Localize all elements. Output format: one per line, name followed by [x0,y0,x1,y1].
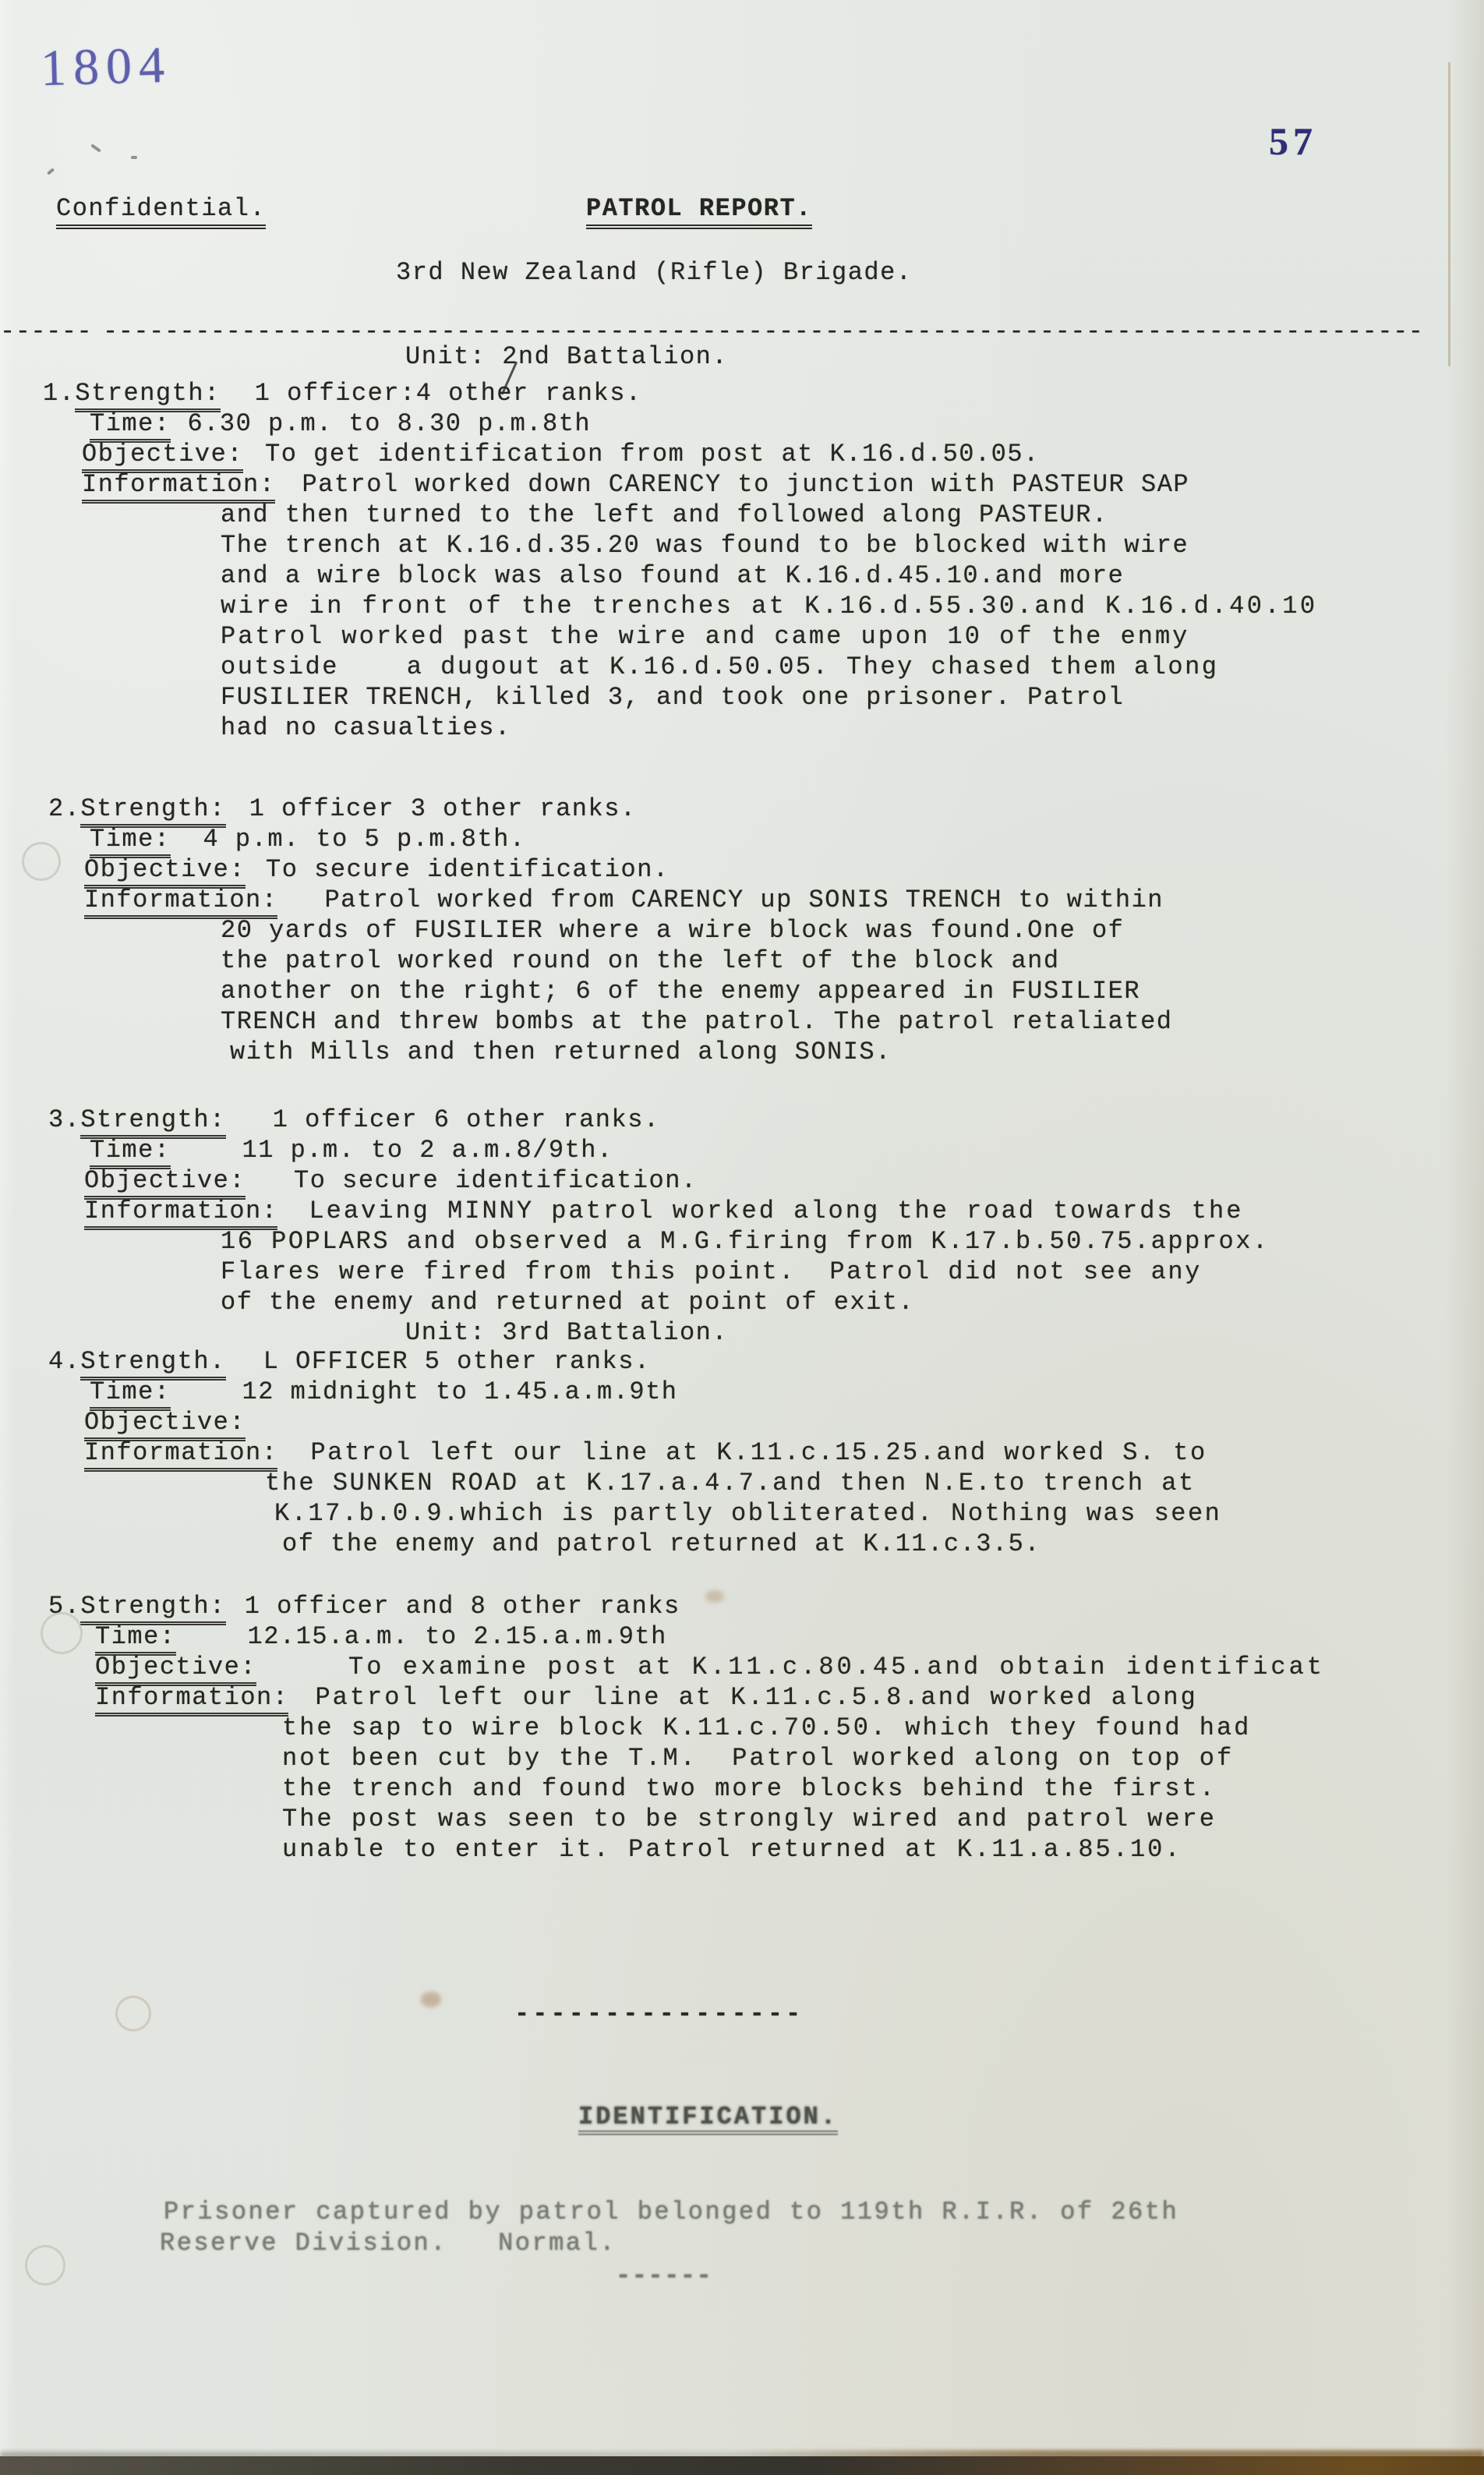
information-continuation: the patrol worked round on the left of t… [221,947,1060,974]
information-continuation: of the enemy and patrol returned at K.11… [282,1530,1041,1557]
information-continuation: Patrol worked past the wire and came upo… [221,623,1189,650]
section-5-objective-row: Objective:To examine post at K.11.c.80.4… [95,1653,1325,1681]
objective-label: Objective: [95,1653,256,1686]
information-label: Information: [84,886,277,919]
punch-hole-mark [115,1996,151,2031]
objective-value: To secure identification. [266,855,670,884]
objective-label: Objective: [84,1166,246,1200]
time-label: Time: [90,825,171,858]
information-label: Information: [95,1683,288,1717]
section-2-time-row: Time:4 p.m. to 5 p.m.8th. [90,826,526,853]
information-value: Patrol left our line at K.11.c.5.8.and w… [315,1683,1197,1712]
unit-heading-3rd-battalion: Unit: 3rd Battalion. [405,1319,728,1346]
time-label: Time: [90,1136,171,1169]
strength-value: L OFFICER 5 other ranks. [263,1347,651,1376]
section-3-time-row: Time:11 p.m. to 2 a.m.8/9th. [90,1137,613,1164]
information-continuation: wire in front of the trenches at K.16.d.… [221,592,1318,620]
unit-heading-2nd-battalion: Unit: 2nd Battalion. [405,343,728,370]
strength-value: 1 officer 6 other ranks. [273,1105,660,1134]
information-continuation: the SUNKEN ROAD at K.17.a.4.7.and then N… [265,1469,1196,1497]
brigade-subtitle: 3rd New Zealand (Rifle) Brigade. [396,259,913,286]
information-value: Patrol worked down CARENCY to junction w… [302,470,1189,499]
stain-spot [421,1992,441,2007]
information-continuation: with Mills and then returned along SONIS… [230,1038,892,1066]
section-2-strength-row: 2.Strength:1 officer 3 other ranks. [48,795,637,822]
pencil-mark [90,143,101,152]
information-continuation: 16 POPLARS and observed a M.G.firing fro… [221,1228,1270,1255]
information-value: Patrol worked from CARENCY up SONIS TREN… [324,886,1164,914]
information-continuation: and then turned to the left and followed… [221,501,1108,529]
stain-spot [705,1590,724,1603]
strength-label: Strength: [80,794,225,828]
identification-line: Reserve Division. Normal. [160,2229,617,2257]
section-number: 4. [48,1347,80,1376]
section-1-information-row: Information:Patrol worked down CARENCY t… [82,471,1189,498]
time-value: 4 p.m. to 5 p.m.8th. [203,825,526,854]
punch-hole-mark [22,842,61,881]
information-value: Patrol left our line at K.11.c.15.25.and… [310,1438,1207,1467]
section-5-information-row: Information:Patrol left our line at K.11… [95,1684,1198,1711]
information-continuation: unable to enter it. Patrol returned at K… [282,1836,1182,1863]
separator-dashes-left: ------ [0,318,92,345]
time-label: Time: [90,1377,171,1411]
information-continuation: had no casualties. [221,714,511,741]
information-continuation: another on the right; 6 of the enemy app… [221,978,1140,1005]
information-label: Information: [84,1438,277,1472]
report-title: PATROL REPORT. [586,195,812,222]
section-5-time-row: Time:12.15.a.m. to 2.15.a.m.9th [95,1623,667,1650]
section-2-information-row: Information:Patrol worked from CARENCY u… [84,886,1164,914]
information-continuation: and a wire block was also found at K.16.… [221,562,1124,589]
strength-label: Strength: [75,379,220,412]
information-continuation: the sap to wire block K.11.c.70.50. whic… [282,1714,1251,1741]
strength-value: 1 officer 3 other ranks. [249,794,637,823]
time-value: 11 p.m. to 2 a.m.8/9th. [242,1136,613,1165]
section-1-strength-row: 1.Strength:1 officer:4 other ranks. [43,380,642,407]
section-5-strength-row: 5.Strength:1 officer and 8 other ranks [48,1593,680,1620]
time-label: Time: [90,409,171,443]
information-continuation: of the enemy and returned at point of ex… [221,1289,914,1316]
section-3-objective-row: Objective:To secure identification. [84,1167,698,1194]
information-continuation: The trench at K.16.d.35.20 was found to … [221,532,1189,559]
information-continuation: not been cut by the T.M. Patrol worked a… [282,1745,1234,1772]
information-continuation: outside a dugout at K.16.d.50.05. They c… [221,653,1218,681]
section-4-strength-row: 4.Strength.L OFFICER 5 other ranks. [48,1348,651,1375]
punch-hole-mark [25,2245,65,2286]
section-3-information-row: Information:Leaving MINNY patrol worked … [84,1197,1243,1225]
section-number: 2. [48,794,80,823]
information-continuation: K.17.b.0.9.which is partly obliterated. … [274,1500,1221,1527]
section-4-time-row: Time:12 midnight to 1.45.a.m.9th [90,1378,678,1405]
classification-text: Confidential. [56,194,266,229]
information-label: Information: [84,1197,277,1230]
strength-label: Strength: [80,1592,225,1625]
section-number: 3. [48,1105,80,1134]
information-value: Leaving MINNY patrol worked along the ro… [309,1197,1243,1225]
information-continuation: The post was seen to be strongly wired a… [282,1805,1217,1833]
objective-value: To get identification from post at K.16.… [265,440,1040,468]
section-1-time-row: Time:6.30 p.m. to 8.30 p.m.8th [90,410,591,437]
strength-label: Strength. [80,1347,225,1381]
section-1-objective-row: Objective:To get identification from pos… [82,440,1040,468]
scan-edge-bar [0,2456,1484,2475]
information-continuation: Flares were fired from this point. Patro… [221,1258,1202,1285]
time-value: 12 midnight to 1.45.a.m.9th [242,1377,678,1406]
objective-label: Objective: [82,440,243,473]
paper-edge-line [1448,62,1450,366]
objective-label: Objective: [84,1408,246,1441]
archive-stamp-number: 1804 [40,36,172,98]
pencil-mark [47,168,55,175]
punch-hole-mark [41,1612,83,1654]
information-continuation: 20 yards of FUSILIER where a wire block … [221,917,1124,944]
end-dashes: ------ [616,2262,712,2289]
section-number: 1. [43,379,75,408]
section-2-objective-row: Objective:To secure identification. [84,856,670,883]
section-3-strength-row: 3.Strength:1 officer 6 other ranks. [48,1106,660,1133]
identification-line: Prisoner captured by patrol belonged to … [164,2198,1178,2226]
section-4-information-row: Information:Patrol left our line at K.11… [84,1439,1207,1466]
time-value: 6.30 p.m. to 8.30 p.m.8th [188,409,592,438]
report-title-text: PATROL REPORT. [586,194,812,229]
information-continuation: FUSILIER TRENCH, killed 3, and took one … [221,684,1124,711]
information-label: Information: [82,470,275,504]
section-4-objective-row: Objective: [84,1409,261,1436]
objective-value: To secure identification. [294,1166,698,1195]
separator-dashes-right: ----------------------------------------… [103,318,1423,345]
time-value: 12.15.a.m. to 2.15.a.m.9th [248,1622,667,1651]
footer-dash-separator: ---------------- [514,2000,804,2028]
strength-value: 1 officer:4 other ranks. [255,379,642,408]
information-continuation: TRENCH and threw bombs at the patrol. Th… [221,1008,1172,1035]
objective-value: To examine post at K.11.c.80.45.and obta… [348,1653,1325,1681]
page-number: 57 [1269,118,1317,164]
objective-label: Objective: [84,855,246,889]
classification-label: Confidential. [56,195,266,222]
pencil-mark [131,156,137,159]
time-label: Time: [95,1622,176,1656]
strength-label: Strength: [80,1105,225,1139]
identification-heading: IDENTIFICATION. [578,2103,838,2135]
patrol-report-document: 1804 57 Confidential. PATROL REPORT. 3rd… [0,0,1484,2475]
strength-value: 1 officer and 8 other ranks [245,1592,680,1621]
information-continuation: the trench and found two more blocks beh… [282,1775,1217,1802]
